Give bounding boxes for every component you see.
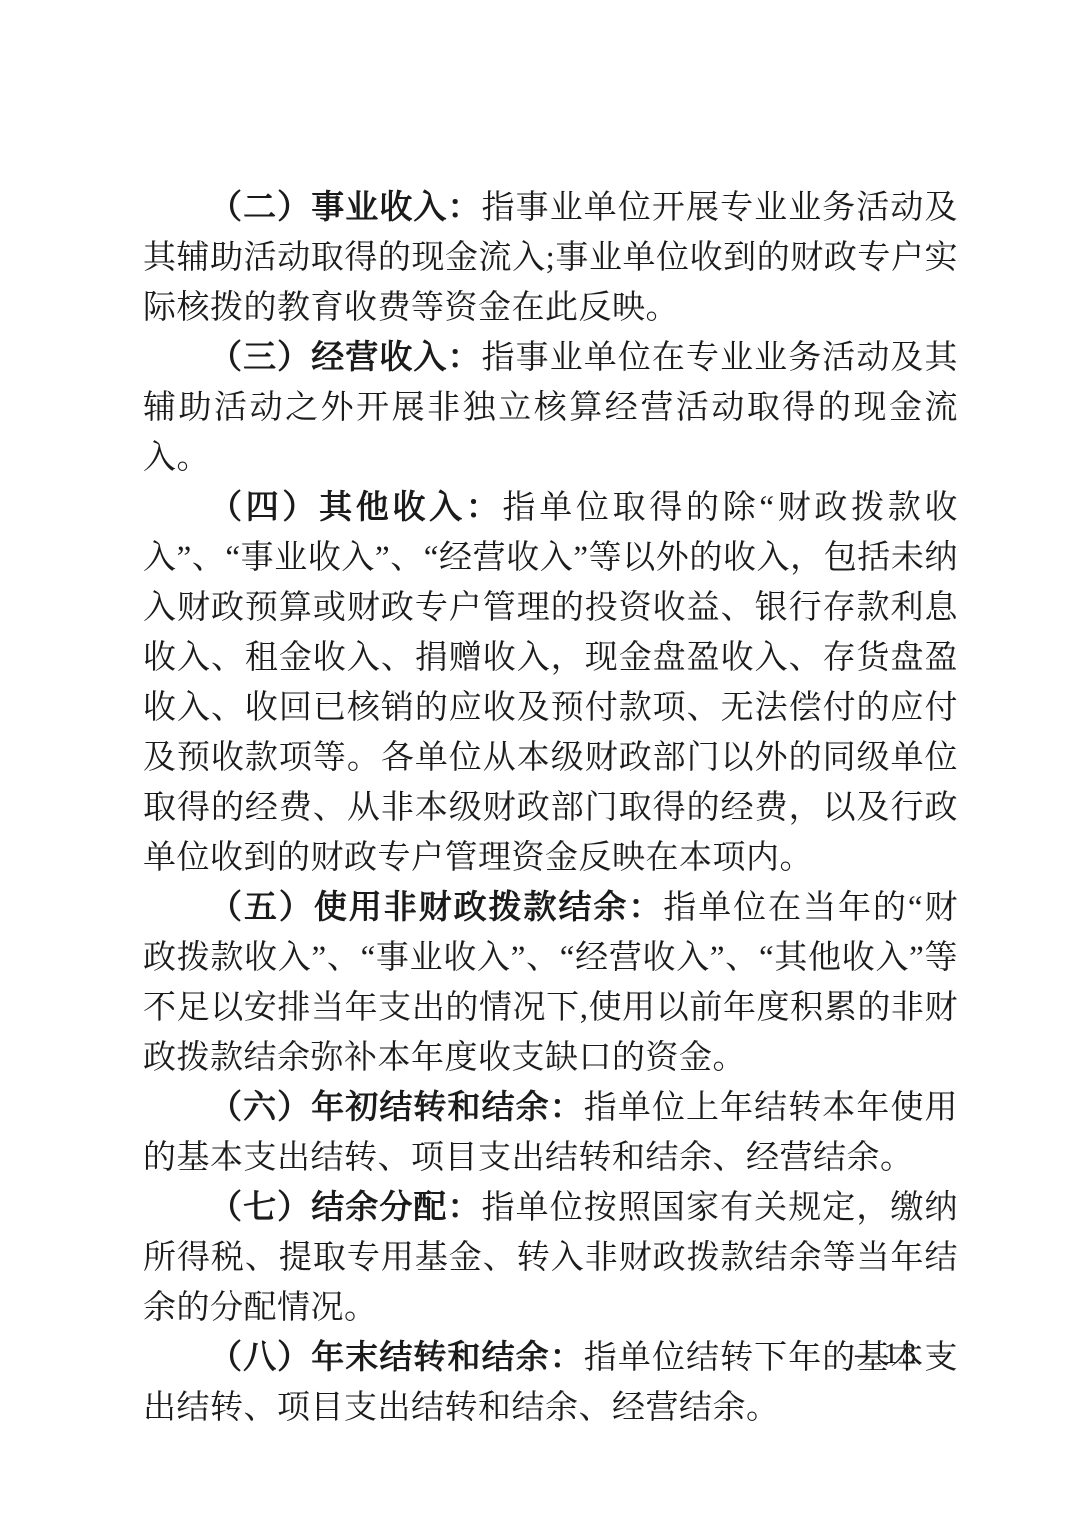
paragraph-heading: （五）使用非财政拨款结余： (209, 890, 663, 926)
document-body: （二）事业收入：指事业单位开展专业业务活动及其辅助活动取得的现金流入;事业单位收… (143, 183, 958, 1433)
paragraph-income-shiye: （二）事业收入：指事业单位开展专业业务活动及其辅助活动取得的现金流入;事业单位收… (143, 183, 958, 333)
paragraph-heading: （六）年初结转和结余： (209, 1090, 584, 1126)
document-page: （二）事业收入：指事业单位开展专业业务活动及其辅助活动取得的现金流入;事业单位收… (0, 0, 1074, 1520)
paragraph-nonfiscal-balance: （五）使用非财政拨款结余：指单位在当年的“财政拨款收入”、“事业收入”、“经营收… (143, 883, 958, 1083)
paragraph-income-jingying: （三）经营收入：指事业单位在专业业务活动及其辅助活动之外开展非独立核算经营活动取… (143, 333, 958, 483)
paragraph-text: 指单位取得的除“财政拨款收入”、“事业收入”、“经营收入”等以外的收入，包括未纳… (143, 490, 958, 876)
paragraph-balance-distribution: （七）结余分配：指单位按照国家有关规定，缴纳所得税、提取专用基金、转入非财政拨款… (143, 1183, 958, 1333)
paragraph-yearend-carryover: （八）年末结转和结余：指单位结转下年的基本支出结转、项目支出结转和结余、经营结余… (143, 1333, 958, 1433)
paragraph-heading: （八）年末结转和结余： (209, 1340, 584, 1376)
page-number: – 13 – (855, 1337, 948, 1371)
paragraph-heading: （三）经营收入： (209, 340, 482, 376)
paragraph-heading: （二）事业收入： (209, 190, 482, 226)
paragraph-heading: （四）其他收入： (209, 490, 503, 526)
paragraph-heading: （七）结余分配： (209, 1190, 482, 1226)
paragraph-yearstart-carryover: （六）年初结转和结余：指单位上年结转本年使用的基本支出结转、项目支出结转和结余、… (143, 1083, 958, 1183)
paragraph-income-qita: （四）其他收入：指单位取得的除“财政拨款收入”、“事业收入”、“经营收入”等以外… (143, 483, 958, 883)
